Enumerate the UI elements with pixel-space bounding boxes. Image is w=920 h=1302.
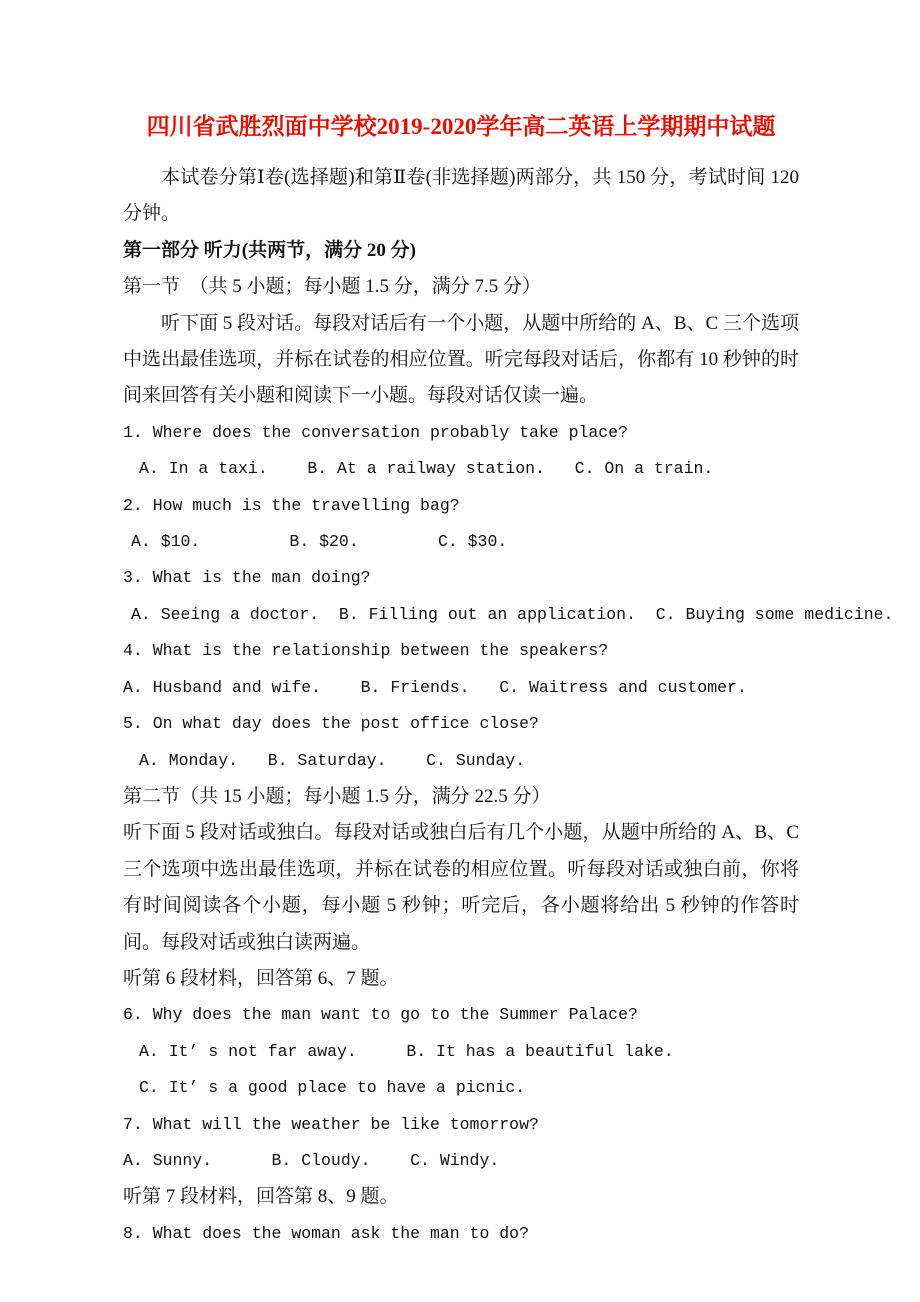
paragraph: 听下面 5 段对话。每段对话后有一个小题，从题中所给的 A、B、C 三个选项中选… xyxy=(123,306,799,415)
question-text: 8. What does the woman ask the man to do… xyxy=(123,1216,799,1252)
question-text: 7. What will the weather be like tomorro… xyxy=(123,1107,799,1143)
options-line: A. Husband and wife. B. Friends. C. Wait… xyxy=(123,670,799,706)
options-line: A. Monday. B. Saturday. C. Sunday. xyxy=(123,743,799,779)
question-text: 5. On what day does the post office clos… xyxy=(123,706,799,742)
paragraph: 第一节 （共 5 小题；每小题 1.5 分，满分 7.5 分） xyxy=(123,269,799,305)
question-text: 3. What is the man doing? xyxy=(123,560,799,596)
section-heading: 第一部分 听力(共两节，满分 20 分) xyxy=(123,233,799,269)
material-note: 听第 6 段材料，回答第 6、7 题。 xyxy=(123,961,799,997)
material-note: 听第 7 段材料，回答第 8、9 题。 xyxy=(123,1179,799,1215)
question-text: 6. Why does the man want to go to the Su… xyxy=(123,997,799,1033)
question-text: 1. Where does the conversation probably … xyxy=(123,415,799,451)
document-page: 四川省武胜烈面中学校2019-2020学年高二英语上学期期中试题本试卷分第Ⅰ卷(… xyxy=(0,0,920,1302)
paragraph: 本试卷分第Ⅰ卷(选择题)和第Ⅱ卷(非选择题)两部分，共 150 分，考试时间 1… xyxy=(123,160,799,233)
question-text: 2. How much is the travelling bag? xyxy=(123,488,799,524)
options-line: A. In a taxi. B. At a railway station. C… xyxy=(123,451,799,487)
exam-document-body: 四川省武胜烈面中学校2019-2020学年高二英语上学期期中试题本试卷分第Ⅰ卷(… xyxy=(123,104,799,1252)
options-line: A. It’ s not far away. B. It has a beaut… xyxy=(123,1034,799,1070)
question-text: 4. What is the relationship between the … xyxy=(123,633,799,669)
options-line: C. It’ s a good place to have a picnic. xyxy=(123,1070,799,1106)
exam-title: 四川省武胜烈面中学校2019-2020学年高二英语上学期期中试题 xyxy=(123,104,799,150)
paragraph: 第二节（共 15 小题；每小题 1.5 分，满分 22.5 分） xyxy=(123,779,799,815)
options-line: A. Sunny. B. Cloudy. C. Windy. xyxy=(123,1143,799,1179)
paragraph: 听下面 5 段对话或独白。每段对话或独白后有几个小题，从题中所给的 A、B、C … xyxy=(123,815,799,961)
options-line: A. Seeing a doctor. B. Filling out an ap… xyxy=(123,597,799,633)
options-line: A. $10. B. $20. C. $30. xyxy=(123,524,799,560)
